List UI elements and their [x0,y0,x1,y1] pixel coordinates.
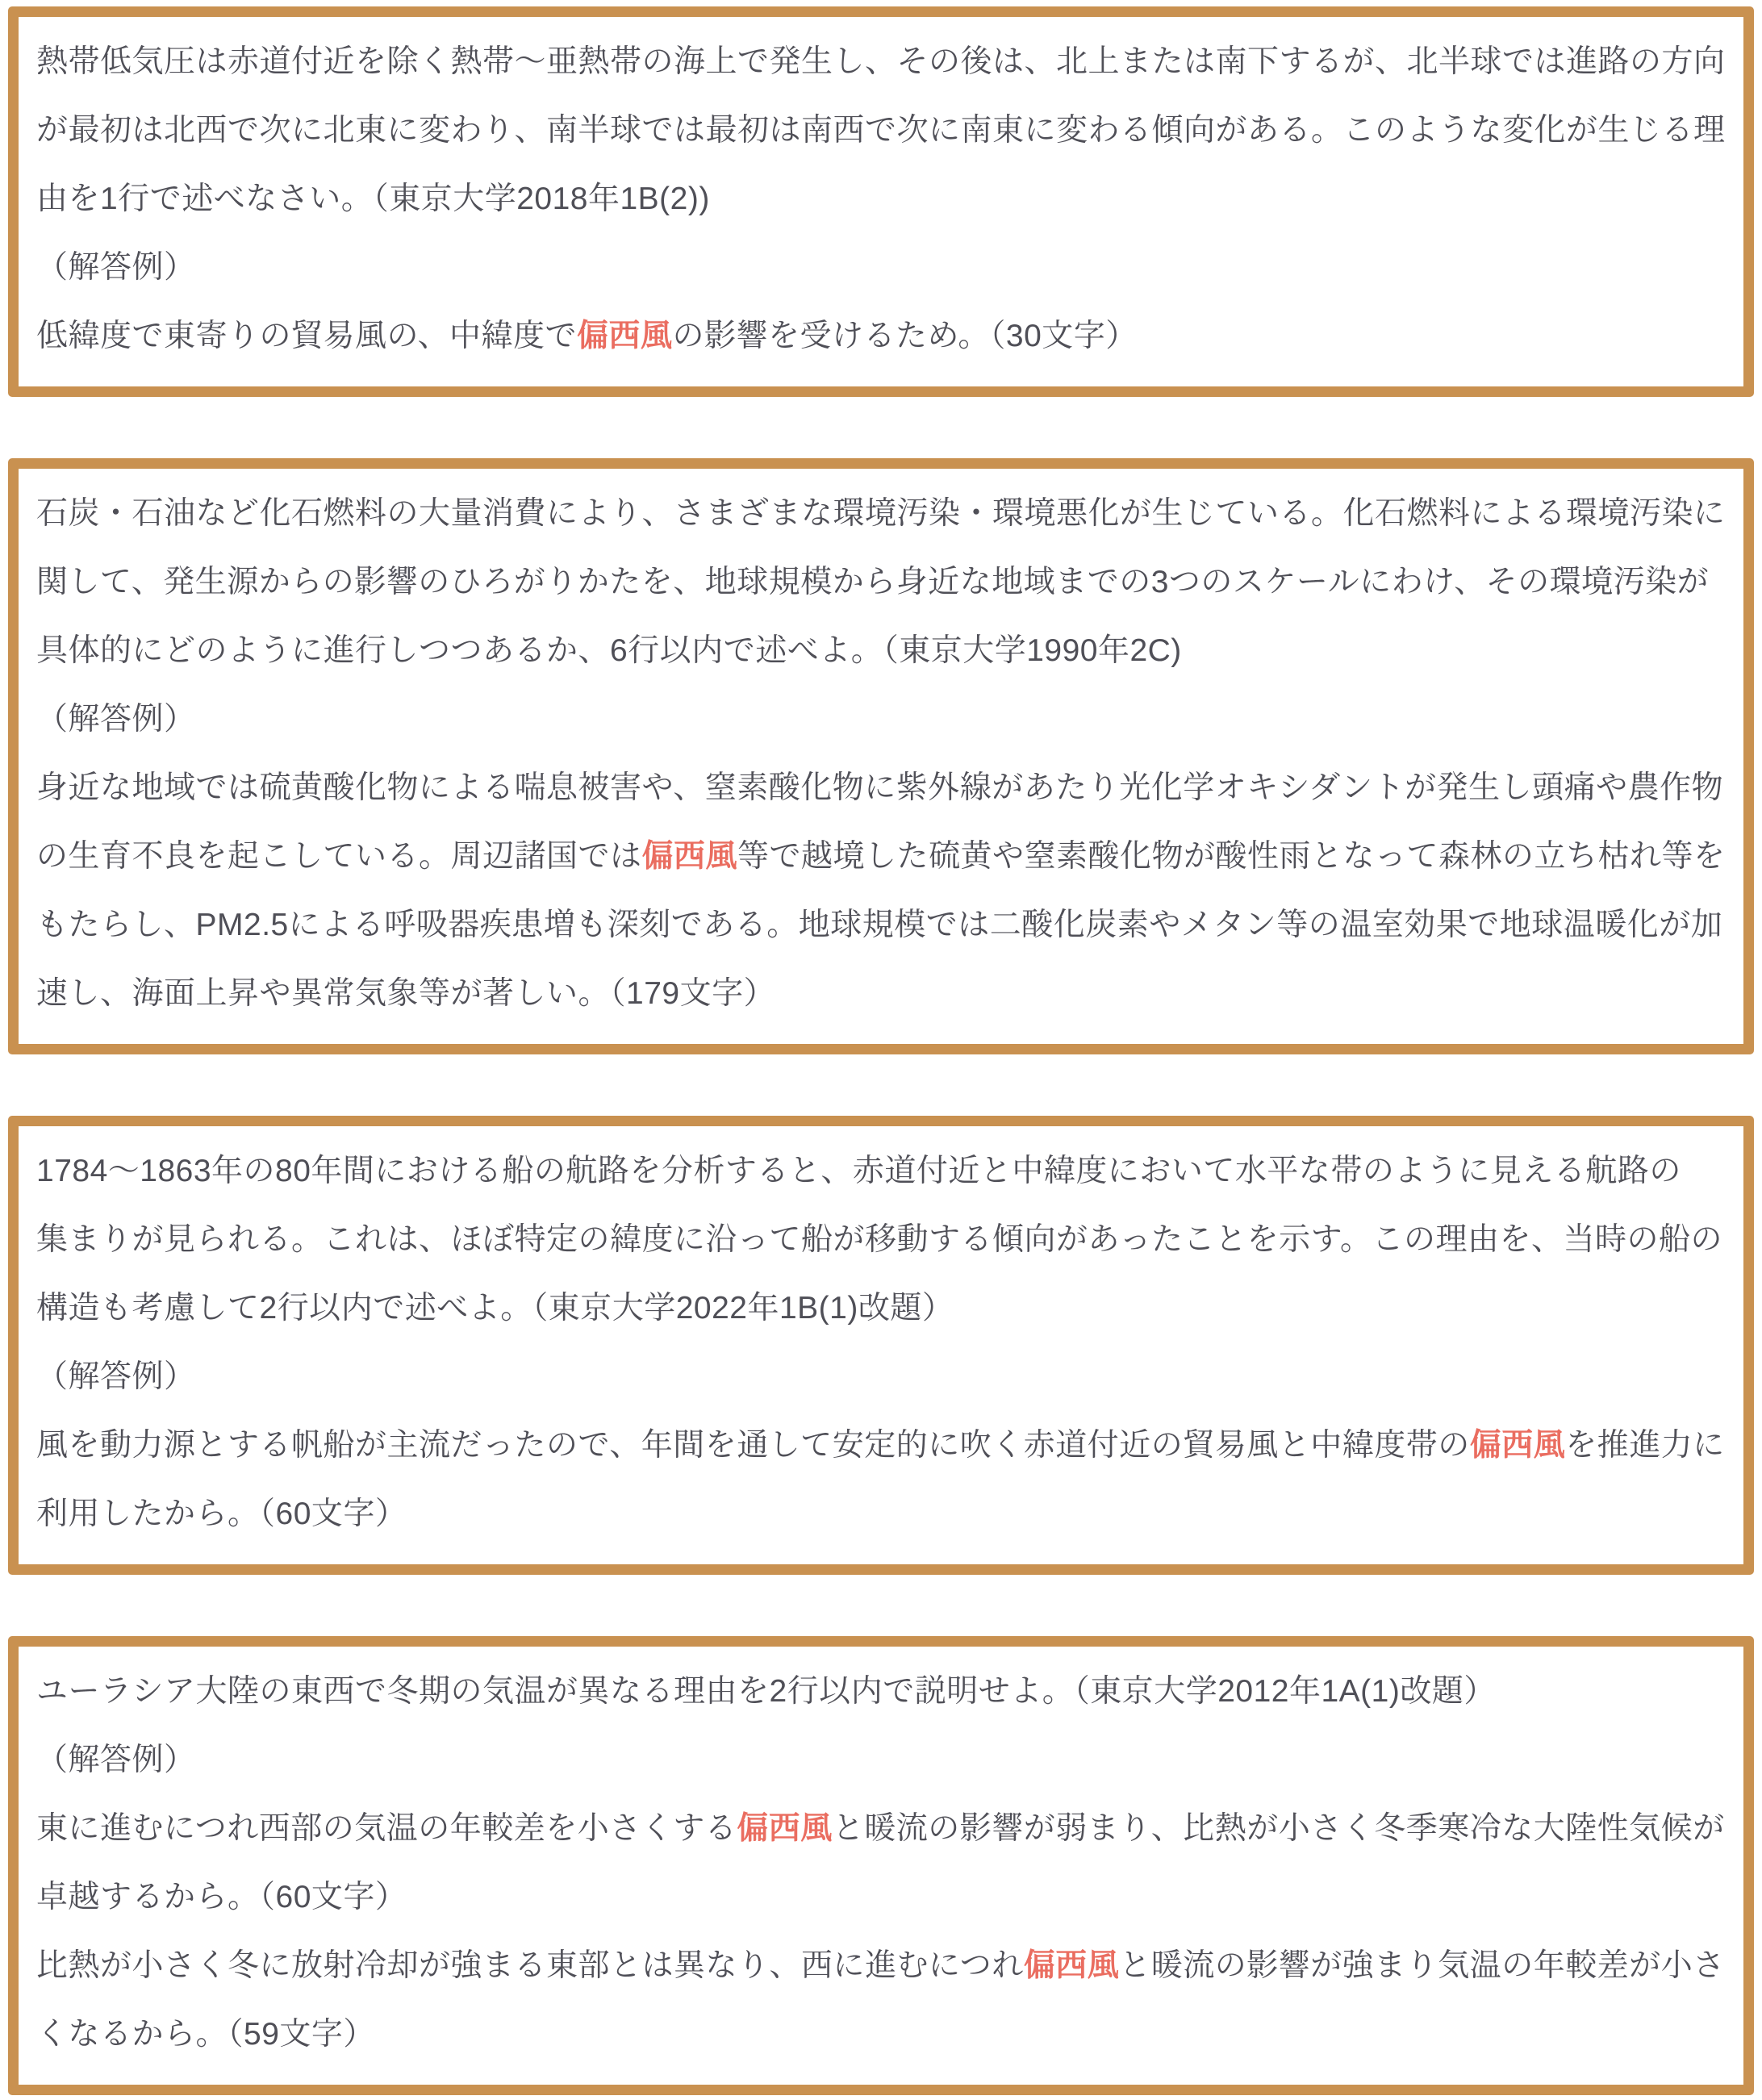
text-line: 由を1行で述べなさい。（東京大学2018年1B(2)) [36,165,1727,233]
text-segment: 構造も考慮して2行以内で述べよ。（東京大学2022年1B(1)改題） [36,1291,954,1326]
text-segment: 身近な地域では硫黄酸化物による喘息被害や、窒素酸化物に紫外線があたり光化学オキシ… [36,770,1723,805]
text-segment: 具体的にどのように進行しつつあるか、6行以内で述べよ。（東京大学1990年2C) [36,633,1182,668]
text-line: くなるから。（59文字） [36,2000,1727,2069]
text-line: 速し、海面上昇や異常気象等が著しい。（179文字） [36,959,1727,1028]
text-line: 集まりが見られる。これは、ほぼ特定の緯度に沿って船が移動する傾向があったことを示… [36,1205,1727,1274]
qa-box-question-4: ユーラシア大陸の東西で冬期の気温が異なる理由を2行以内で説明せよ。（東京大学20… [8,1636,1754,2095]
text-segment: 速し、海面上昇や異常気象等が著しい。（179文字） [36,976,775,1011]
text-segment: 利用したから。（60文字） [36,1497,407,1531]
text-line: もたらし、PM2.5による呼吸器疾患増も深刻である。地球規模では二酸化炭素やメタ… [36,891,1727,959]
text-segment: 石炭・石油など化石燃料の大量消費により、さまざまな環境汚染・環境悪化が生じている… [36,496,1726,531]
text-segment: （解答例） [36,250,196,285]
keyword-highlight: 偏西風 [1024,1948,1120,1983]
keyword-highlight: 偏西風 [577,319,673,353]
qa-box-question-2: 石炭・石油など化石燃料の大量消費により、さまざまな環境汚染・環境悪化が生じている… [8,458,1754,1054]
text-segment: くなるから。（59文字） [36,2017,375,2052]
text-segment: 集まりが見られる。これは、ほぼ特定の緯度に沿って船が移動する傾向があったことを示… [36,1222,1722,1257]
text-line: （解答例） [36,1726,1727,1794]
text-line: 比熱が小さく冬に放射冷却が強まる東部とは異なり、西に進むにつれ偏西風と暖流の影響… [36,1931,1727,2000]
text-line: （解答例） [36,1342,1727,1411]
text-line: 構造も考慮して2行以内で述べよ。（東京大学2022年1B(1)改題） [36,1274,1727,1342]
text-line: （解答例） [36,233,1727,302]
text-line: 1784〜1863年の80年間における船の航路を分析すると、赤道付近と中緯度にお… [36,1137,1727,1205]
text-line: ユーラシア大陸の東西で冬期の気温が異なる理由を2行以内で説明せよ。（東京大学20… [36,1657,1727,1726]
text-segment: が最初は北西で次に北東に変わり、南半球では最初は南西で次に南東に変わる傾向がある… [36,113,1726,148]
text-segment: （解答例） [36,1359,196,1394]
text-line: （解答例） [36,685,1727,754]
text-segment: を推進力に [1565,1428,1725,1463]
text-line: 利用したから。（60文字） [36,1480,1727,1548]
text-line: 関して、発生源からの影響のひろがりかたを、地球規模から身近な地域までの3つのスケ… [36,548,1727,616]
text-line: 風を動力源とする帆船が主流だったので、年間を通して安定的に吹く赤道付近の貿易風と… [36,1411,1727,1480]
text-segment: 等で越境した硫黄や窒素酸化物が酸性雨となって森林の立ち枯れ等を [737,839,1726,874]
text-segment: もたらし、PM2.5による呼吸器疾患増も深刻である。地球規模では二酸化炭素やメタ… [36,908,1722,942]
text-line: 低緯度で東寄りの貿易風の、中緯度で偏西風の影響を受けるため。（30文字） [36,302,1727,370]
text-segment: （解答例） [36,1743,196,1777]
text-segment: （解答例） [36,702,196,737]
qa-box-question-1: 熱帯低気圧は赤道付近を除く熱帯〜亜熱帯の海上で発生し、その後は、北上または南下す… [8,6,1754,397]
text-segment: の影響を受けるため。（30文字） [672,319,1137,353]
qa-box-question-3: 1784〜1863年の80年間における船の航路を分析すると、赤道付近と中緯度にお… [8,1116,1754,1575]
text-line: 具体的にどのように進行しつつあるか、6行以内で述べよ。（東京大学1990年2C) [36,616,1727,685]
text-segment: 関して、発生源からの影響のひろがりかたを、地球規模から身近な地域までの3つのスケ… [36,565,1709,599]
text-line: 熱帯低気圧は赤道付近を除く熱帯〜亜熱帯の海上で発生し、その後は、北上または南下す… [36,27,1727,96]
text-segment: 1784〜1863年の80年間における船の航路を分析すると、赤道付近と中緯度にお… [36,1154,1681,1188]
text-segment: 比熱が小さく冬に放射冷却が強まる東部とは異なり、西に進むにつれ [36,1948,1024,1983]
text-line: 東に進むにつれ西部の気温の年較差を小さくする偏西風と暖流の影響が弱まり、比熱が小… [36,1794,1727,1863]
text-segment: と暖流の影響が弱まり、比熱が小さく冬季寒冷な大陸性気候が [833,1811,1725,1846]
exam-qa-content: 熱帯低気圧は赤道付近を除く熱帯〜亜熱帯の海上で発生し、その後は、北上または南下す… [0,0,1762,2100]
keyword-highlight: 偏西風 [642,839,738,874]
text-line: 身近な地域では硫黄酸化物による喘息被害や、窒素酸化物に紫外線があたり光化学オキシ… [36,754,1727,822]
text-segment: 熱帯低気圧は赤道付近を除く熱帯〜亜熱帯の海上で発生し、その後は、北上または南下す… [36,44,1726,79]
text-segment: 風を動力源とする帆船が主流だったので、年間を通して安定的に吹く赤道付近の貿易風と… [36,1428,1470,1463]
text-line: の生育不良を起こしている。周辺諸国では偏西風等で越境した硫黄や窒素酸化物が酸性雨… [36,822,1727,891]
text-segment: 由を1行で述べなさい。（東京大学2018年1B(2)) [36,182,710,216]
text-segment: 東に進むにつれ西部の気温の年較差を小さくする [36,1811,737,1846]
text-line: 石炭・石油など化石燃料の大量消費により、さまざまな環境汚染・環境悪化が生じている… [36,479,1727,548]
text-segment: と暖流の影響が強まり気温の年較差が小さ [1119,1948,1725,1983]
text-line: 卓越するから。（60文字） [36,1863,1727,1931]
text-segment: 卓越するから。（60文字） [36,1880,407,1914]
text-segment: ユーラシア大陸の東西で冬期の気温が異なる理由を2行以内で説明せよ。（東京大学20… [36,1674,1496,1709]
text-line: が最初は北西で次に北東に変わり、南半球では最初は南西で次に南東に変わる傾向がある… [36,96,1727,165]
keyword-highlight: 偏西風 [1470,1428,1566,1463]
keyword-highlight: 偏西風 [737,1811,833,1846]
text-segment: の生育不良を起こしている。周辺諸国では [36,839,642,874]
text-segment: 低緯度で東寄りの貿易風の、中緯度で [36,319,577,353]
